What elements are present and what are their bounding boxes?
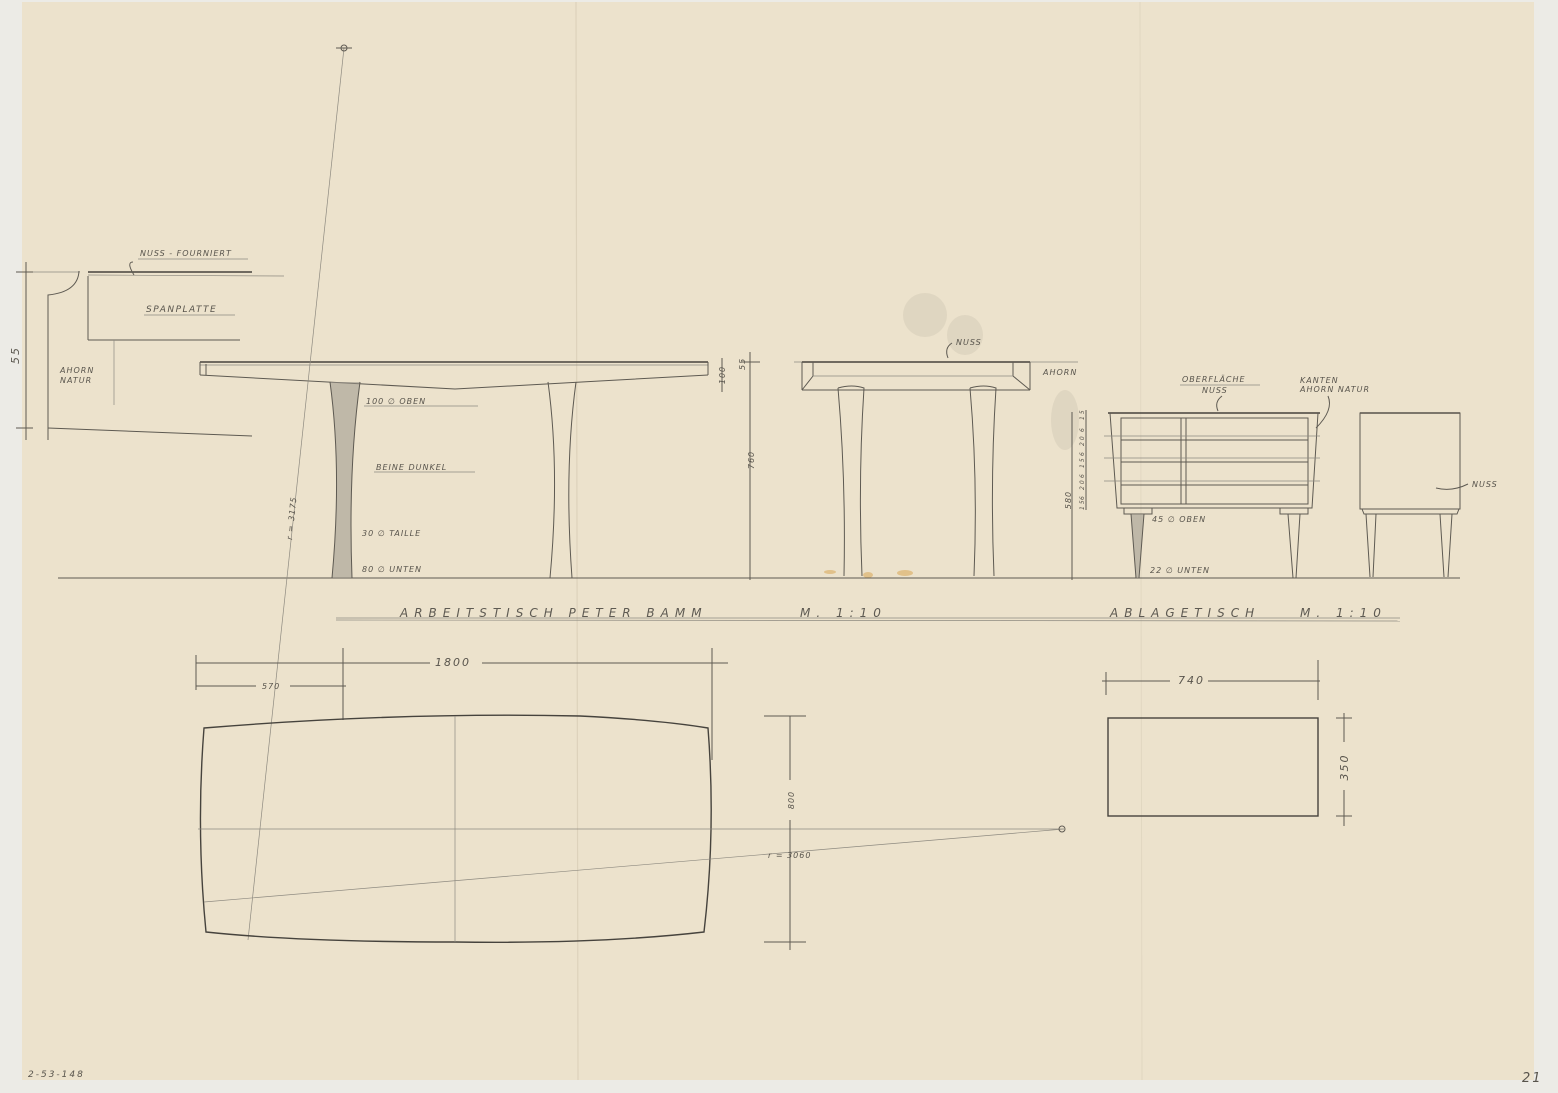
stack-dim: 15 [1079, 456, 1086, 468]
stack-dim: 20 [1079, 434, 1086, 446]
stack-dim: 6 [1079, 472, 1086, 478]
thickness-dimension: 55 [9, 346, 22, 364]
archive-mark: 2-53-148 [28, 1070, 85, 1080]
edge-material-label: AHORN [59, 366, 94, 375]
smudge [1051, 390, 1079, 450]
stack-dim: 15 [1079, 498, 1086, 510]
edges-label: KANTEN [1300, 376, 1339, 385]
depth-dim: 800 [787, 791, 796, 809]
veneer-label: NUSS - FOURNIERT [140, 249, 232, 258]
edge-material-label-2: NATUR [60, 376, 92, 385]
smudge [903, 293, 947, 337]
side-table-scale: M. 1:10 [1300, 606, 1387, 620]
leg-waist-diameter: 30 ∅ TAILLE [362, 529, 421, 538]
work-table-scale: M. 1:10 [800, 606, 887, 620]
leg-bottom-diameter: 80 ∅ UNTEN [362, 565, 422, 574]
titles: ARBEITSTISCH PETER BAMM M. 1:10 ABLAGETI… [336, 606, 1400, 621]
leg-top-diameter-side: 45 ∅ OBEN [1152, 515, 1206, 524]
length-dim: 1800 [435, 656, 471, 669]
stain [897, 570, 913, 576]
leg-finish-note: BEINE DUNKEL [376, 463, 447, 472]
leg-offset-dim: 570 [262, 682, 280, 691]
leg-top-diameter: 100 ∅ OBEN [366, 397, 426, 406]
end-view-top-label: NUSS [956, 338, 982, 347]
work-table-title: ARBEITSTISCH PETER BAMM [399, 606, 708, 620]
stain [824, 570, 836, 574]
stack-dim: 6 [1079, 450, 1086, 456]
stack-dim: 20 [1079, 478, 1086, 490]
table-height-dim: 760 [747, 451, 756, 469]
surface-material: NUSS [1202, 386, 1228, 395]
technical-drawing-sheet: NUSS - FOURNIERT SPANPLATTE AHORN NATUR … [0, 0, 1558, 1093]
surface-label: OBERFLÄCHE [1182, 374, 1246, 384]
side-table-depth-dim: 350 [1338, 754, 1351, 781]
smudge [947, 315, 983, 355]
stack-dim: 15 [1079, 408, 1086, 420]
side-table-title: ABLAGETISCH [1109, 606, 1260, 620]
end-view-edge-label: AHORN [1042, 368, 1077, 377]
leg-bottom-diameter-side: 22 ∅ UNTEN [1150, 566, 1210, 575]
sheet-number: 21 [1522, 1071, 1543, 1086]
core-label: SPANPLATTE [146, 305, 217, 315]
stain [863, 572, 873, 578]
top-thickness-dim: 55 [738, 358, 747, 370]
apron-height-dim: 100 [718, 366, 727, 384]
paper-background [22, 2, 1534, 1080]
edges-material: AHORN NATUR [1299, 385, 1370, 394]
side-panel-label: NUSS [1472, 480, 1498, 489]
side-table-width-dim: 740 [1178, 674, 1205, 687]
stack-dim: 6 [1079, 426, 1086, 432]
side-table-height-dim: 580 [1064, 491, 1073, 509]
